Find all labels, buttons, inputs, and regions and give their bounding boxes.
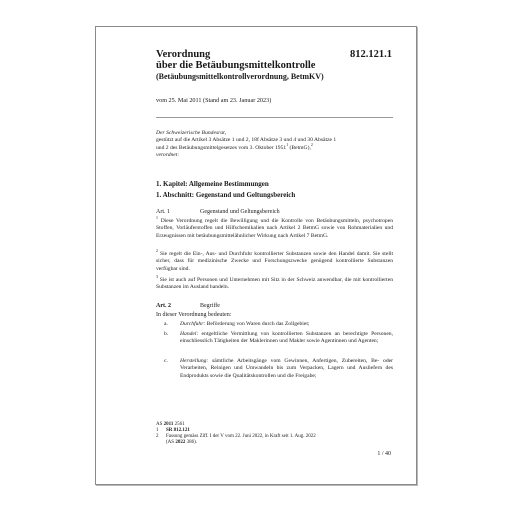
preamble: Der Schweizerische Bundesrat, gestützt a… — [156, 130, 336, 160]
document-date: vom 25. Mai 2011 (Stand am 23. Januar 20… — [156, 97, 271, 104]
definition-item-c: c. Herstellung: sämtliche Arbeitsgänge v… — [156, 358, 393, 380]
preamble-basis-line2: und 2 des Betäubungsmittelgesetzes vom 3… — [156, 145, 336, 152]
definition-item-a: a. Durchfuhr: Beförderung von Waren durc… — [156, 321, 393, 328]
page-number: 1 / 40 — [377, 451, 391, 457]
article-1-heading: Art. 1Gegenstand und Geltungsbereich — [156, 209, 280, 215]
article-2-intro: In dieser Verordnung bedeuten: — [156, 312, 393, 319]
section-heading: 1. Abschnitt: Gegenstand und Geltungsber… — [156, 191, 295, 199]
article-1-paragraph-1: 1 Diese Verordnung regelt die Bewilligun… — [156, 218, 393, 240]
sr-number: 812.121.1 — [350, 49, 392, 60]
article-1-paragraph-2: 2 Sie regelt die Ein-, Aus- und Durchfuh… — [156, 251, 393, 273]
article-title: Begriffe — [200, 303, 220, 309]
document-title-line2: über die Betäubungsmittelkontrolle — [156, 60, 315, 71]
document-short-title: (Betäubungsmittelkontrollverordnung, Bet… — [156, 72, 324, 81]
article-2-heading: Art. 2Begriffe — [156, 303, 220, 309]
definition-item-b: b. Handel: entgeltliche Vermittlung von … — [156, 331, 393, 346]
chapter-heading: 1. Kapitel: Allgemeine Bestimmungen — [156, 180, 269, 188]
document-title: Verordnung — [156, 49, 210, 60]
header-separator — [156, 117, 393, 118]
footnote-ref-2[interactable]: 2 — [311, 143, 313, 147]
document-page: Verordnung über die Betäubungsmittelkont… — [95, 26, 417, 485]
footnote-2-continued: (AS 2022 386). — [166, 440, 197, 446]
article-number: Art. 2 — [156, 303, 200, 309]
article-1-paragraph-3: 3 Sie ist auch auf Personen und Unterneh… — [156, 277, 393, 292]
article-number: Art. 1 — [156, 209, 200, 215]
article-title: Gegenstand und Geltungsbereich — [200, 209, 280, 215]
preamble-decree: verordnet: — [156, 152, 336, 159]
preamble-basis-line1: gestützt auf die Artikel 3 Absätze 1 und… — [156, 137, 336, 144]
